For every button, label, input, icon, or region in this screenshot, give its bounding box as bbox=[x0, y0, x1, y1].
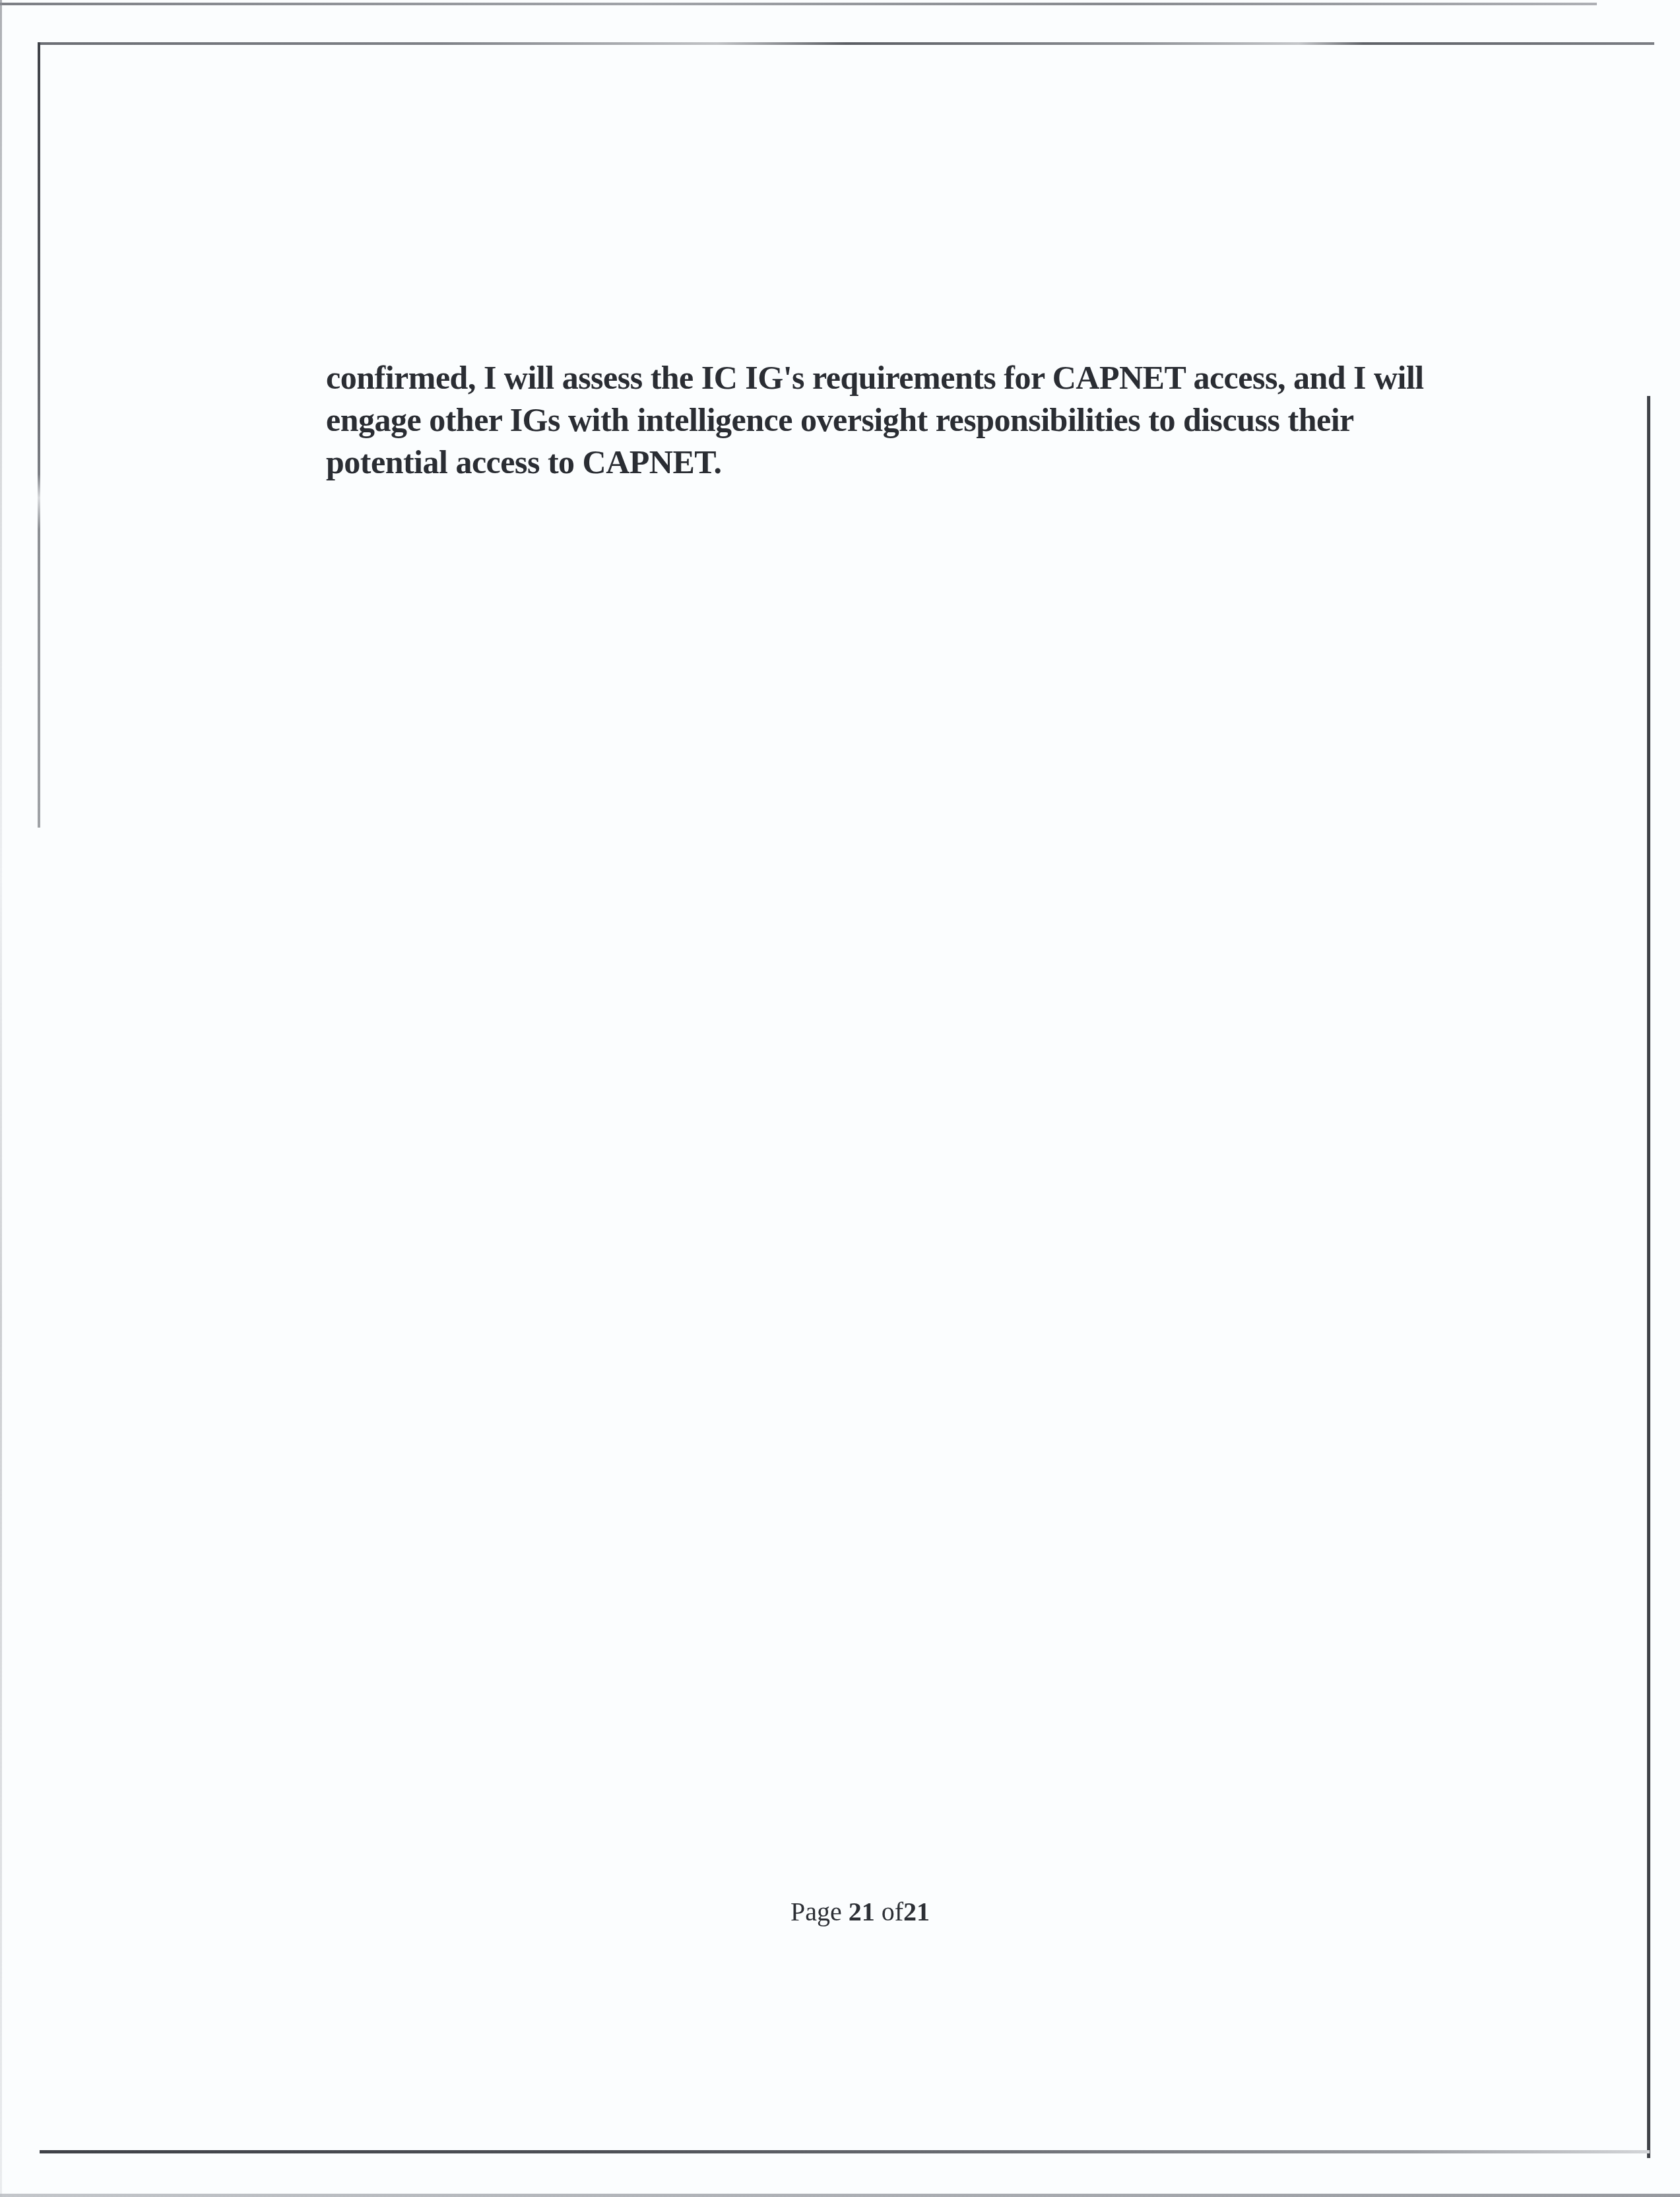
body-line: engage other IGs with intelligence overs… bbox=[326, 399, 1514, 441]
scan-top-edge bbox=[0, 3, 1597, 5]
page-number-footer: Page 21 of21 bbox=[791, 1896, 930, 1928]
page-label: Page bbox=[791, 1897, 842, 1926]
page-of-label: of bbox=[882, 1897, 903, 1926]
body-line: potential access to CAPNET. bbox=[326, 441, 1514, 483]
current-page-number: 21 bbox=[849, 1897, 875, 1926]
page-frame-top-border bbox=[38, 42, 1654, 45]
page-frame-right-border bbox=[1647, 396, 1650, 2158]
page-frame-bottom-border bbox=[40, 2150, 1650, 2153]
body-line: confirmed, I will assess the IC IG's req… bbox=[326, 356, 1514, 399]
scan-bottom-edge bbox=[0, 2194, 1680, 2197]
page-frame-left-border bbox=[38, 42, 40, 828]
body-paragraph: confirmed, I will assess the IC IG's req… bbox=[326, 356, 1514, 483]
scan-left-edge bbox=[0, 0, 2, 2197]
total-pages-number: 21 bbox=[903, 1897, 930, 1926]
